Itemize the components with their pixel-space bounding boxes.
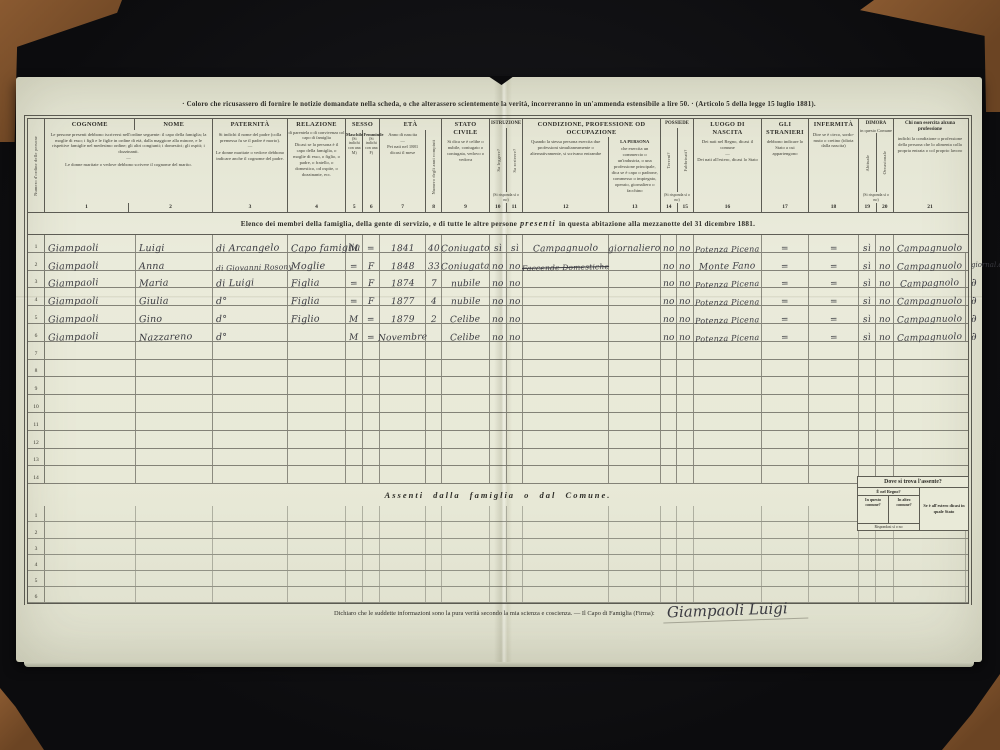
cell-sesso-m: M bbox=[346, 324, 363, 341]
cell-infermita bbox=[809, 413, 859, 430]
cell-anni-compiuti bbox=[426, 449, 442, 466]
cell-sesso-m bbox=[346, 587, 363, 602]
cell-dimora-abituale bbox=[859, 395, 876, 412]
column-description: Dire se è cieco, sordo-muto o cretino (i… bbox=[809, 130, 858, 203]
cell-anni-compiuti bbox=[426, 431, 442, 448]
cell-stato-civile bbox=[442, 342, 490, 359]
cell-sesso-m: M bbox=[346, 306, 363, 323]
cell-paternita: d° bbox=[213, 324, 288, 341]
cell-relazione bbox=[288, 539, 346, 554]
column-description: Si indichi il nome del padre (colla prem… bbox=[213, 130, 287, 203]
cell-sesso-f bbox=[363, 360, 380, 377]
column-title: ETÀ bbox=[380, 119, 441, 130]
cell-stato-civile bbox=[442, 360, 490, 377]
column-header-possiede: POSSIEDETerreni?Fabbricati?(Si risponda … bbox=[661, 119, 694, 212]
cell-terreni bbox=[661, 506, 677, 521]
cell-stato-civile bbox=[442, 449, 490, 466]
cell-sa-leggere bbox=[490, 431, 507, 448]
cell-sesso-f bbox=[363, 342, 380, 359]
row-number: 7 bbox=[28, 342, 45, 359]
cell-cognome: Giampaoli bbox=[45, 324, 136, 341]
cell-stato-civile bbox=[442, 539, 490, 554]
cell-stato-civile bbox=[442, 377, 490, 394]
column-title: LUOGO DI NASCITA bbox=[694, 119, 761, 137]
cell-sa-scrivere: no bbox=[507, 271, 523, 288]
cell-chi-alimenta bbox=[894, 587, 966, 602]
cell-fabbricati: no bbox=[677, 253, 694, 270]
wood-backdrop-corner bbox=[942, 674, 1000, 750]
table-row: 9 bbox=[28, 377, 968, 395]
absent-answer-note: Rispondasi sì o no bbox=[858, 523, 919, 530]
cell-dimora-occasionale bbox=[876, 342, 894, 359]
column-number: 12 bbox=[523, 203, 608, 212]
row-number: 3 bbox=[28, 539, 45, 554]
cell-paternita bbox=[213, 377, 288, 394]
absent-table-row: 1 bbox=[28, 506, 968, 522]
cell-sa-leggere bbox=[490, 587, 507, 602]
cell-paternita bbox=[213, 413, 288, 430]
cell-cognome bbox=[45, 522, 136, 537]
cell-infermita bbox=[809, 431, 859, 448]
cell-posizione bbox=[609, 271, 661, 288]
cell-paternita: d° bbox=[213, 288, 288, 305]
cell-dimora-occasionale: no bbox=[876, 324, 894, 341]
table-header: Numero d'ordine delle personeCOGNOMENOME… bbox=[28, 119, 968, 213]
cell-sesso-f bbox=[363, 431, 380, 448]
cell-paternita bbox=[213, 555, 288, 570]
rotated-subcolumn: Fabbricati? bbox=[677, 128, 694, 192]
position-subcolumn: LA PERSONAche esercita un commercio o un… bbox=[608, 137, 660, 212]
cell-sa-leggere: sì bbox=[490, 235, 507, 252]
row-number: 1 bbox=[28, 506, 45, 521]
column-title: INFERMITÀ bbox=[809, 119, 858, 130]
column-description: Si dica se è celibe o nubile, coniugato … bbox=[442, 137, 489, 203]
cell-sa-scrivere bbox=[507, 431, 523, 448]
cell-anno-nascita bbox=[380, 522, 426, 537]
cell-stranieri: = bbox=[762, 235, 809, 252]
cell-condizione: Faccende Domestiche bbox=[523, 253, 609, 270]
cell-posizione bbox=[609, 395, 661, 412]
cell-anni-compiuti: 33 bbox=[426, 253, 442, 270]
cell-nome: Gino bbox=[136, 306, 213, 323]
column-number: 17 bbox=[762, 203, 808, 212]
cell-paternita bbox=[213, 587, 288, 602]
cell-condizione bbox=[523, 571, 609, 586]
cell-stranieri bbox=[762, 377, 809, 394]
cell-stranieri bbox=[762, 506, 809, 521]
cell-sesso-m bbox=[346, 506, 363, 521]
cell-cognome bbox=[45, 539, 136, 554]
cell-cognome bbox=[45, 506, 136, 521]
cell-relazione bbox=[288, 324, 346, 341]
cell-cognome: Giampaoli bbox=[45, 253, 136, 270]
cell-chi-alimenta bbox=[894, 555, 966, 570]
cell-relazione bbox=[288, 587, 346, 602]
column-header-eta: ETÀAnno di nascita—Pei nati nel 1881 dic… bbox=[380, 119, 442, 212]
cell-posizione bbox=[609, 253, 661, 270]
cell-nome bbox=[136, 431, 213, 448]
subcolumn-description: Anno di nascita—Pei nati nel 1881 dicasi… bbox=[380, 130, 425, 203]
cell-sa-scrivere: sì bbox=[507, 235, 523, 252]
cell-terreni: no bbox=[661, 288, 677, 305]
cell-dimora-occasionale bbox=[876, 413, 894, 430]
absent-rows: 123456 bbox=[28, 506, 968, 603]
cell-dimora-occasionale: no bbox=[876, 253, 894, 270]
cell-nome bbox=[136, 377, 213, 394]
cell-paternita bbox=[213, 506, 288, 521]
cell-condizione bbox=[523, 288, 609, 305]
cell-luogo-nascita: Monte Fano bbox=[694, 253, 762, 270]
cell-sesso-f bbox=[363, 506, 380, 521]
cell-sesso-m bbox=[346, 449, 363, 466]
cell-dimora-occasionale bbox=[876, 431, 894, 448]
cell-dimora-abituale bbox=[859, 360, 876, 377]
rotated-subcolumn: Sa leggere? bbox=[490, 128, 506, 192]
cell-posizione bbox=[609, 377, 661, 394]
cell-condizione bbox=[523, 413, 609, 430]
cell-nome bbox=[136, 466, 213, 483]
cell-chi-alimenta bbox=[894, 571, 966, 586]
cell-sesso-m bbox=[346, 395, 363, 412]
table-row: 6GiampaoliNazzarenod°M=NovembreCelibenon… bbox=[28, 324, 968, 342]
subcolumn-label: Abituale bbox=[865, 133, 870, 192]
name-column-title: NOME bbox=[135, 119, 212, 130]
cell-condizione bbox=[523, 466, 609, 483]
cell-anni-compiuti bbox=[426, 587, 442, 602]
cell-anno-nascita bbox=[380, 377, 426, 394]
row-number: 1 bbox=[28, 235, 45, 252]
cell-posizione bbox=[609, 306, 661, 323]
cell-cognome bbox=[45, 395, 136, 412]
cell-condizione: Campagnuolo bbox=[523, 235, 609, 252]
declaration-line: Dichiaro che le suddette informazioni so… bbox=[334, 601, 974, 621]
cell-relazione bbox=[288, 360, 346, 377]
cell-sa-scrivere bbox=[507, 360, 523, 377]
cell-terreni bbox=[661, 539, 677, 554]
cell-dimora-abituale bbox=[859, 571, 876, 586]
cell-sesso-m bbox=[346, 466, 363, 483]
cell-sa-scrivere bbox=[507, 506, 523, 521]
column-header-stranieri: GLI STRANIERIdebbono indicare lo Stato a… bbox=[762, 119, 809, 212]
cell-stato-civile bbox=[442, 587, 490, 602]
column-number: 21 bbox=[894, 203, 966, 212]
cell-sa-scrivere: no bbox=[507, 324, 523, 341]
cell-infermita bbox=[809, 506, 859, 521]
cell-luogo-nascita: Potenza Picena bbox=[694, 306, 762, 323]
subcolumn-label: Sa leggere? bbox=[496, 128, 501, 192]
cell-chi-alimenta: Campagnuolo bbox=[894, 306, 966, 323]
cell-infermita bbox=[809, 587, 859, 602]
cell-relazione: Figlia bbox=[288, 288, 346, 305]
cell-infermita bbox=[809, 342, 859, 359]
absent-abroad-label: Se è all'estero dicasi in quale Stato bbox=[920, 488, 968, 530]
absent-location-box: Dove si trova l'assente? È nel Regno? In… bbox=[857, 476, 969, 531]
cell-sa-leggere bbox=[490, 506, 507, 521]
cell-sesso-f bbox=[363, 555, 380, 570]
cell-sesso-f bbox=[363, 377, 380, 394]
cell-dimora-abituale bbox=[859, 377, 876, 394]
cell-dimora-abituale bbox=[859, 449, 876, 466]
cell-luogo-nascita bbox=[694, 395, 762, 412]
present-rows: 1GiampaoliLuigidi ArcangeloCapo famiglia… bbox=[28, 235, 968, 484]
cell-relazione: Moglie bbox=[288, 253, 346, 270]
cell-relazione bbox=[288, 413, 346, 430]
cell-posizione bbox=[609, 506, 661, 521]
column-description: Dei nati nel Regno, dicasi il comune—Dei… bbox=[694, 137, 761, 203]
age-subcolumn: Numero degli anni compiuti8 bbox=[425, 130, 441, 212]
cell-fabbricati bbox=[677, 449, 694, 466]
cell-infermita bbox=[809, 466, 859, 483]
head-of-family-signature: Giampaoli Luigi bbox=[662, 598, 807, 623]
cell-sesso-m bbox=[346, 539, 363, 554]
cell-sesso-m bbox=[346, 522, 363, 537]
cell-luogo-nascita bbox=[694, 449, 762, 466]
cell-fabbricati: no bbox=[677, 306, 694, 323]
cell-anni-compiuti: 2 bbox=[426, 306, 442, 323]
row-number: 6 bbox=[28, 587, 45, 602]
cell-nome: Luigi bbox=[136, 235, 213, 252]
absent-other-commune-label: In altro comune? bbox=[888, 496, 919, 523]
cell-stato-civile bbox=[442, 522, 490, 537]
cell-terreni bbox=[661, 413, 677, 430]
cell-stato-civile bbox=[442, 413, 490, 430]
cell-anni-compiuti bbox=[426, 555, 442, 570]
row-number: 13 bbox=[28, 449, 45, 466]
cell-posizione bbox=[609, 413, 661, 430]
cell-infermita: = bbox=[809, 253, 859, 270]
cell-terreni bbox=[661, 431, 677, 448]
cell-fabbricati bbox=[677, 522, 694, 537]
cell-anno-nascita: 1848 bbox=[380, 253, 426, 270]
cell-terreni: no bbox=[661, 271, 677, 288]
cell-stato-civile: Coniugata bbox=[442, 253, 490, 270]
cell-paternita bbox=[213, 571, 288, 586]
column-description: Le persone presenti debbono iscriversi n… bbox=[45, 130, 212, 203]
cell-sesso-m bbox=[346, 571, 363, 586]
column-header-cognome-nome: COGNOMENOMELe persone presenti debbono i… bbox=[45, 119, 213, 212]
cell-nome: Giulia bbox=[136, 288, 213, 305]
cell-anni-compiuti bbox=[426, 539, 442, 554]
cell-paternita bbox=[213, 539, 288, 554]
cell-relazione: Figlia bbox=[288, 271, 346, 288]
cell-fabbricati bbox=[677, 413, 694, 430]
column-title: Chi non esercita alcuna professione bbox=[894, 119, 966, 134]
cell-terreni: no bbox=[661, 253, 677, 270]
cell-posizione bbox=[609, 360, 661, 377]
column-number: 11 bbox=[506, 203, 523, 212]
cell-anno-nascita bbox=[380, 449, 426, 466]
row-number: 10 bbox=[28, 395, 45, 412]
cell-sa-leggere bbox=[490, 539, 507, 554]
cell-sesso-f bbox=[363, 539, 380, 554]
cell-sa-leggere bbox=[490, 466, 507, 483]
cell-sa-leggere bbox=[490, 377, 507, 394]
cell-sa-scrivere bbox=[507, 413, 523, 430]
cell-luogo-nascita: Potenza Picena bbox=[694, 271, 762, 288]
table-row: 13 bbox=[28, 449, 968, 467]
cell-stranieri: = bbox=[762, 288, 809, 305]
cell-anno-nascita bbox=[380, 571, 426, 586]
column-number: 5 bbox=[346, 203, 362, 212]
cell-sa-leggere: no bbox=[490, 324, 507, 341]
cell-stranieri: = bbox=[762, 271, 809, 288]
cell-chi-alimenta bbox=[894, 395, 966, 412]
cell-posizione bbox=[609, 555, 661, 570]
cell-terreni bbox=[661, 555, 677, 570]
cell-terreni bbox=[661, 571, 677, 586]
cell-sesso-f: = bbox=[363, 235, 380, 252]
margin-annotation: ∂ bbox=[971, 276, 977, 289]
absent-table-row: 3 bbox=[28, 539, 968, 555]
cell-condizione bbox=[523, 555, 609, 570]
column-number: 18 bbox=[809, 203, 858, 212]
cell-condizione bbox=[523, 360, 609, 377]
cell-sesso-m bbox=[346, 377, 363, 394]
column-header-luogo: LUOGO DI NASCITADei nati nel Regno, dica… bbox=[694, 119, 762, 212]
cell-paternita bbox=[213, 466, 288, 483]
cell-fabbricati bbox=[677, 587, 694, 602]
cell-anni-compiuti bbox=[426, 571, 442, 586]
cell-chi-alimenta bbox=[894, 377, 966, 394]
column-number: 3 bbox=[213, 203, 287, 212]
column-title: STATO CIVILE bbox=[442, 119, 489, 137]
row-number: 3 bbox=[28, 271, 45, 288]
cell-stranieri bbox=[762, 466, 809, 483]
cell-dimora-abituale bbox=[859, 413, 876, 430]
subcolumn-label: Fabbricati? bbox=[683, 128, 688, 192]
cell-anni-compiuti: 4 bbox=[426, 288, 442, 305]
cell-fabbricati bbox=[677, 539, 694, 554]
cell-fabbricati bbox=[677, 395, 694, 412]
cell-stranieri bbox=[762, 449, 809, 466]
cell-paternita: di Arcangelo bbox=[213, 235, 288, 252]
cell-sesso-m bbox=[346, 413, 363, 430]
cell-cognome bbox=[45, 342, 136, 359]
cell-fabbricati bbox=[677, 555, 694, 570]
column-header-sesso: SESSOMaschile(Si indichi con una M)5Femm… bbox=[346, 119, 380, 212]
cell-nome bbox=[136, 587, 213, 602]
cell-posizione bbox=[609, 288, 661, 305]
cell-fabbricati: no bbox=[677, 324, 694, 341]
cell-sa-leggere bbox=[490, 395, 507, 412]
cell-luogo-nascita bbox=[694, 522, 762, 537]
subcolumn-description: Quando la stessa persona esercita due pr… bbox=[523, 137, 608, 203]
column-title: SESSO bbox=[346, 119, 379, 130]
cell-infermita: = bbox=[809, 306, 859, 323]
cell-sa-scrivere bbox=[507, 342, 523, 359]
column-header-stato-civile: STATO CIVILESi dica se è celibe o nubile… bbox=[442, 119, 490, 212]
cell-sesso-f bbox=[363, 413, 380, 430]
cell-anni-compiuti bbox=[426, 342, 442, 359]
subcolumn-note: (Si indichi con una M) bbox=[346, 137, 362, 156]
band-text-pre: Elenco dei membri della famiglia, della … bbox=[241, 220, 517, 228]
cell-relazione bbox=[288, 342, 346, 359]
cell-dimora-occasionale bbox=[876, 449, 894, 466]
cell-stranieri bbox=[762, 360, 809, 377]
column-header-rownum: Numero d'ordine delle persone bbox=[28, 119, 45, 212]
cell-anno-nascita bbox=[380, 431, 426, 448]
cell-nome bbox=[136, 539, 213, 554]
cell-stranieri bbox=[762, 431, 809, 448]
cell-condizione bbox=[523, 587, 609, 602]
cell-relazione: Capo famiglia bbox=[288, 235, 346, 252]
column-subtitle: di parentela o di convivenza col capo di… bbox=[288, 130, 345, 140]
cell-sesso-m: M bbox=[346, 235, 363, 252]
cell-sa-scrivere bbox=[507, 587, 523, 602]
cell-cognome bbox=[45, 449, 136, 466]
cell-fabbricati bbox=[677, 506, 694, 521]
cell-sa-leggere bbox=[490, 522, 507, 537]
absent-section: Assenti dalla famiglia o dal Comune. 123… bbox=[28, 484, 968, 603]
cell-stato-civile: Celibe bbox=[442, 306, 490, 323]
occupation-subcolumn: Quando la stessa persona esercita due pr… bbox=[523, 137, 608, 212]
declaration-text: Dichiaro che le suddette informazioni so… bbox=[334, 610, 655, 617]
cell-stranieri: = bbox=[762, 306, 809, 323]
cell-relazione bbox=[288, 555, 346, 570]
cell-anni-compiuti bbox=[426, 466, 442, 483]
cell-infermita bbox=[809, 522, 859, 537]
table-row: 10 bbox=[28, 395, 968, 413]
row-number: 14 bbox=[28, 466, 45, 483]
column-title: CONDIZIONE, PROFESSIONE OD OCCUPAZIONE bbox=[523, 119, 660, 137]
subcolumn-note: (Si indichi con una F) bbox=[363, 137, 379, 156]
cell-stato-civile bbox=[442, 466, 490, 483]
cell-sesso-f: F bbox=[363, 271, 380, 288]
rotated-subcolumn: Sa scrivere? bbox=[506, 128, 522, 192]
table-row: 14 bbox=[28, 466, 968, 484]
cell-fabbricati: no bbox=[677, 235, 694, 252]
absent-section-title: Assenti dalla famiglia o dal Comune. bbox=[28, 484, 968, 506]
cell-terreni bbox=[661, 342, 677, 359]
cell-nome bbox=[136, 449, 213, 466]
cell-luogo-nascita bbox=[694, 466, 762, 483]
cell-anno-nascita bbox=[380, 506, 426, 521]
cell-sesso-m bbox=[346, 431, 363, 448]
cell-sa-scrivere bbox=[507, 571, 523, 586]
cell-condizione bbox=[523, 306, 609, 323]
cell-relazione bbox=[288, 395, 346, 412]
cell-cognome bbox=[45, 431, 136, 448]
cell-dimora-occasionale bbox=[876, 555, 894, 570]
cell-sesso-m: = bbox=[346, 288, 363, 305]
cell-dimora-abituale: sì bbox=[859, 235, 876, 252]
column-header-chi: Chi non esercita alcuna professioneindic… bbox=[894, 119, 966, 212]
cell-nome: Nazzareno bbox=[136, 324, 213, 341]
cell-nome bbox=[136, 413, 213, 430]
cell-terreni: no bbox=[661, 324, 677, 341]
sex-subcolumn: Femminile(Si indichi con una F)6 bbox=[362, 130, 379, 212]
column-number: 15 bbox=[677, 203, 694, 212]
cell-cognome: Giampaoli bbox=[45, 288, 136, 305]
margin-annotation: ∂ bbox=[971, 312, 977, 325]
cell-fabbricati bbox=[677, 377, 694, 394]
cell-fabbricati bbox=[677, 571, 694, 586]
cell-sa-scrivere bbox=[507, 522, 523, 537]
absent-table-row: 5 bbox=[28, 571, 968, 587]
cell-anno-nascita: 1879 bbox=[380, 306, 426, 323]
census-photo: · Coloro che ricusassero di fornire le n… bbox=[0, 0, 1000, 750]
row-number: 4 bbox=[28, 555, 45, 570]
cell-infermita bbox=[809, 555, 859, 570]
margin-annotation: giornal.o bbox=[971, 261, 1000, 269]
surname-column-title: COGNOME bbox=[45, 119, 135, 130]
cell-sa-leggere bbox=[490, 555, 507, 570]
cell-infermita: = bbox=[809, 271, 859, 288]
cell-stato-civile bbox=[442, 431, 490, 448]
cell-posizione bbox=[609, 571, 661, 586]
table-row: 8 bbox=[28, 360, 968, 378]
cell-nome bbox=[136, 555, 213, 570]
